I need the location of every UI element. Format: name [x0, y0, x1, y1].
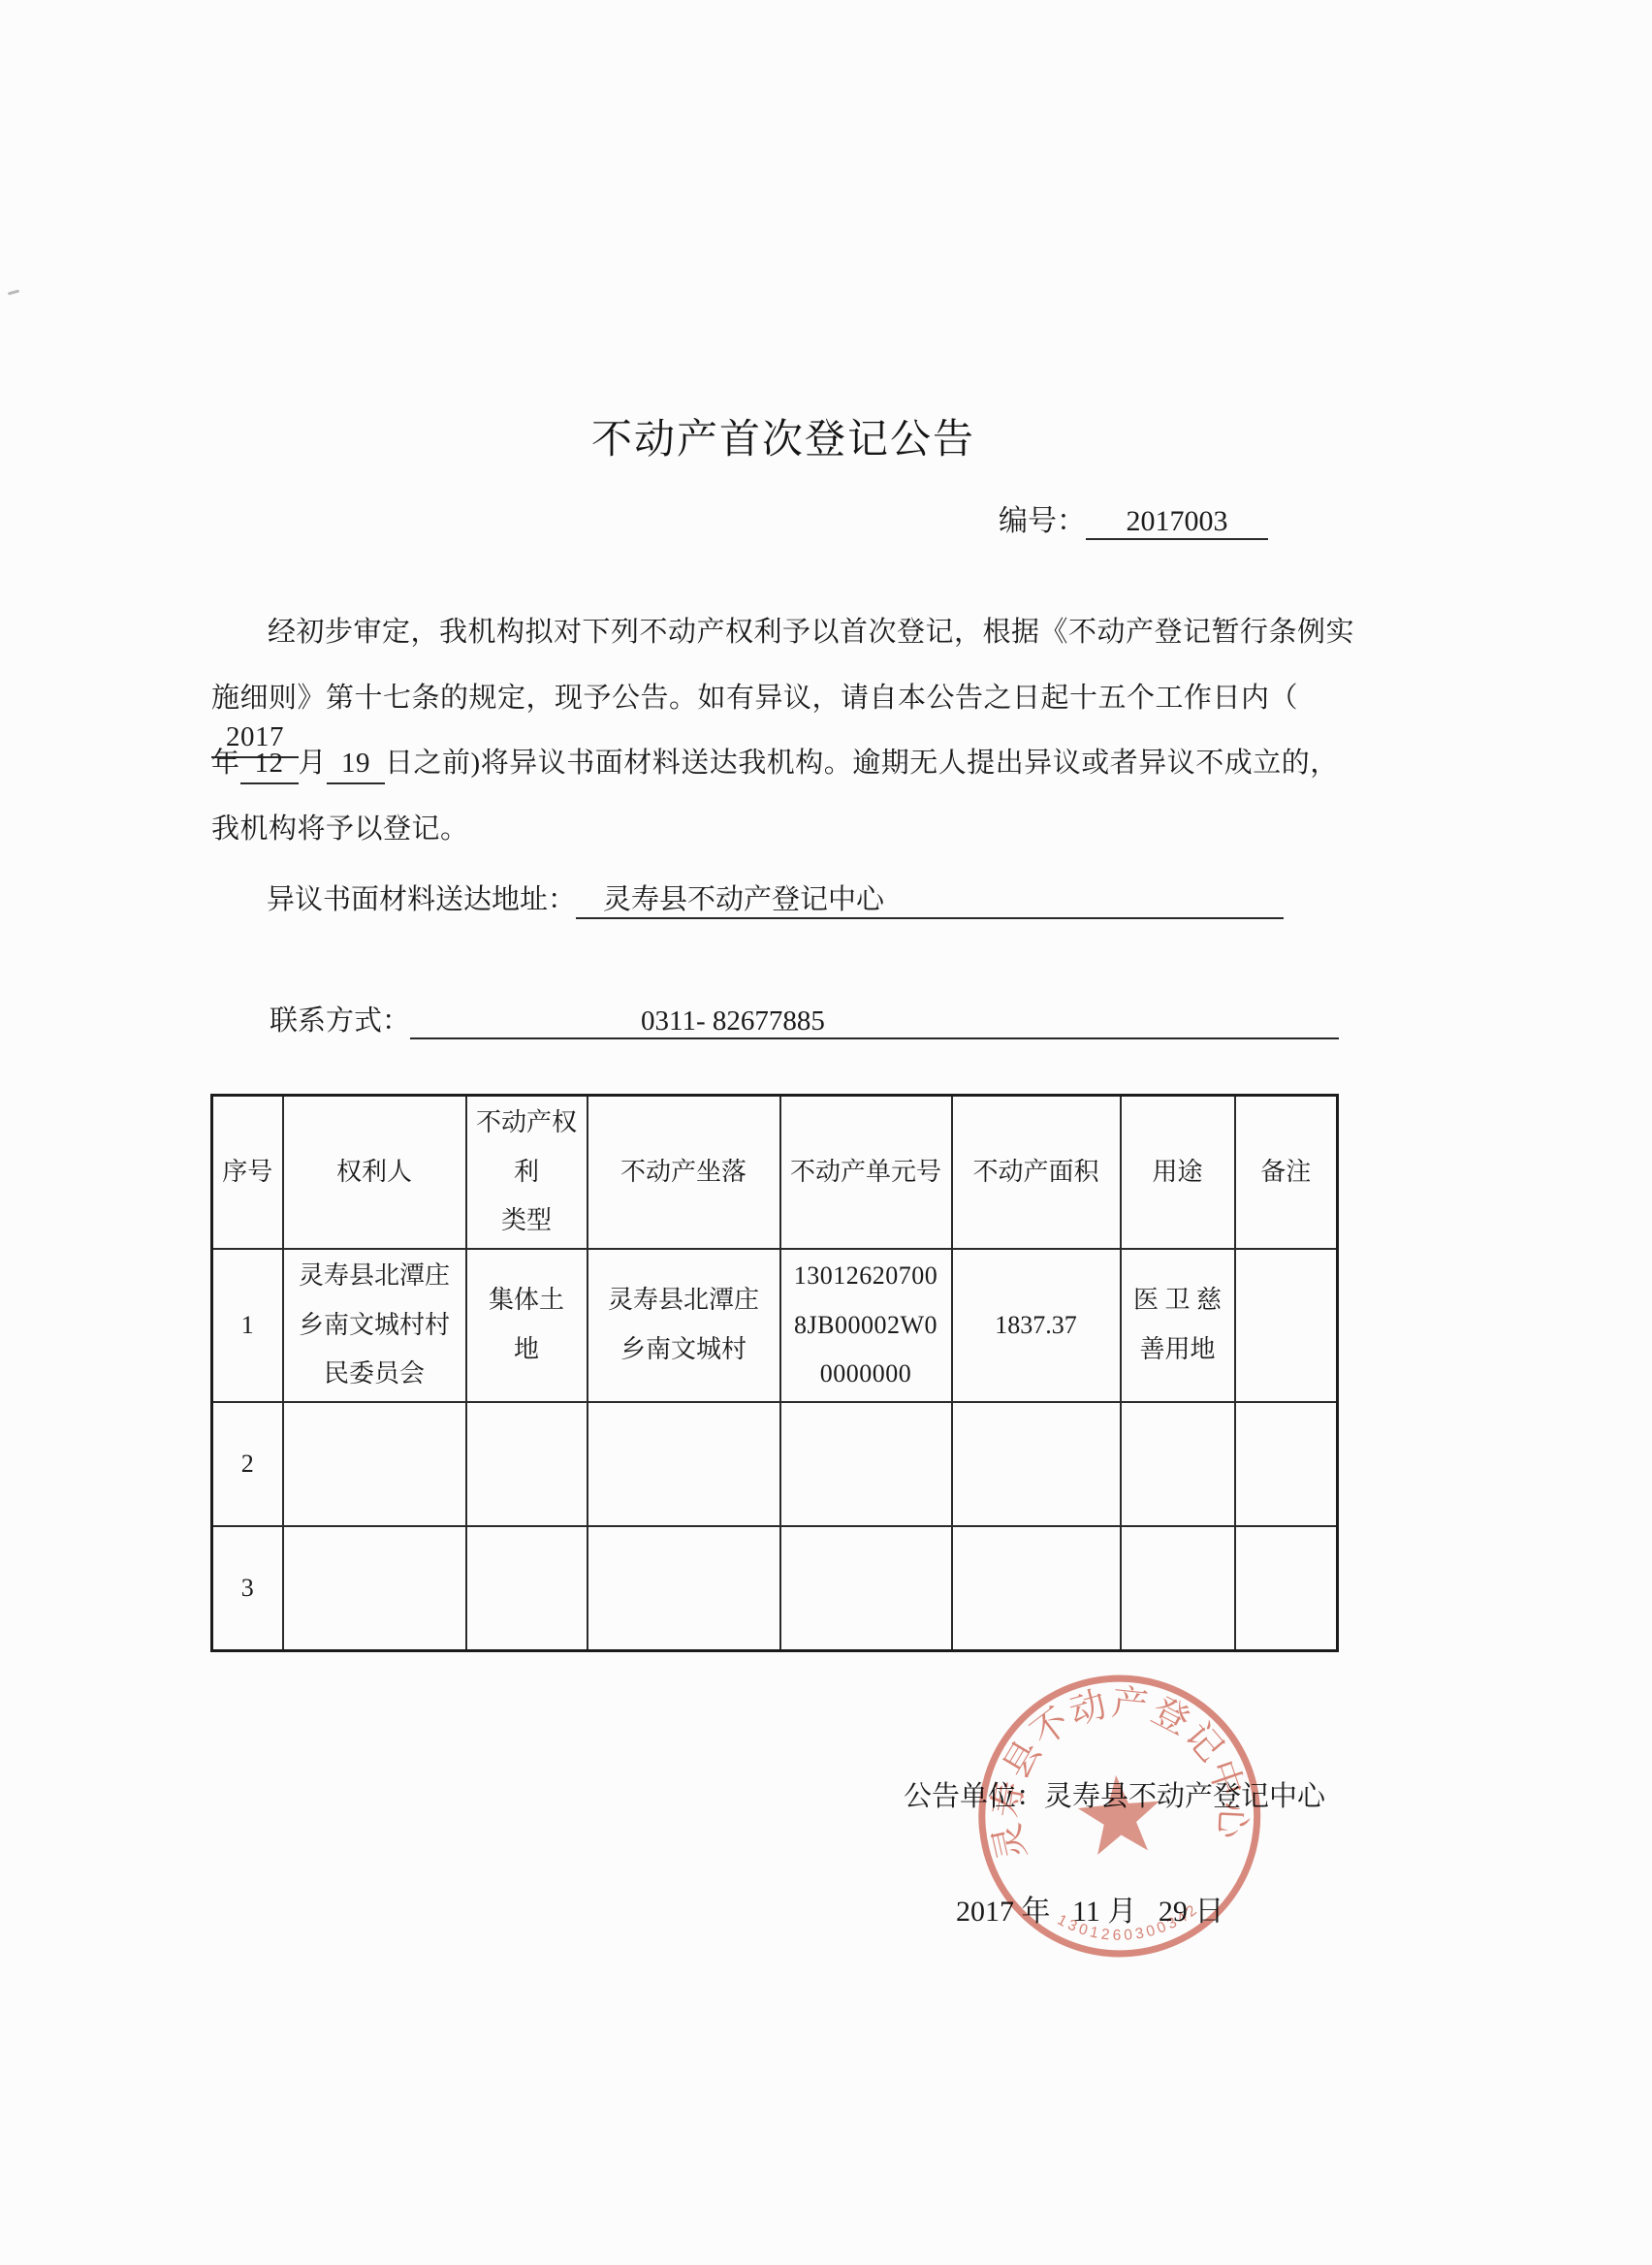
cell-holder — [283, 1402, 466, 1526]
paragraph-text: 月 — [299, 748, 328, 779]
col-header-usage: 用途 — [1121, 1096, 1235, 1250]
objection-address-value: 灵寿县不动产登记中心 — [576, 877, 1284, 919]
paragraph-text: 我机构将予以登记。 — [211, 813, 469, 845]
cell-right-type: 集体土 地 — [466, 1249, 588, 1402]
body-paragraph-line-3: 年12月19日之前)将异议书面材料送达我机构。逾期无人提出异议或者异议不成立的， — [211, 744, 1350, 784]
cell-unit-no — [780, 1402, 952, 1526]
cell-holder — [283, 1526, 466, 1650]
cell-remark — [1235, 1249, 1338, 1402]
cell-location: 灵寿县北潭庄 乡南文城村 — [588, 1249, 780, 1402]
document-number-line: 编号：2017003 — [999, 496, 1268, 573]
page-title: 不动产首次登记公告 — [591, 407, 975, 465]
table-row: 1 灵寿县北潭庄 乡南文城村村 民委员会 集体土 地 灵寿县北潭庄 乡南文城村 … — [212, 1249, 1338, 1402]
cell-seq: 3 — [212, 1526, 283, 1650]
table-row: 2 — [212, 1402, 1338, 1526]
cell-unit-no: 13012620700 8JB00002W0 0000000 — [780, 1249, 952, 1402]
col-header-seq: 序号 — [212, 1096, 283, 1250]
body-paragraph-line-1: 经初步审定，我机构拟对下列不动产权利予以首次登记，根据《不动产登记暂行条例实 — [211, 613, 1407, 652]
document-number-label: 编号： — [999, 505, 1086, 537]
cell-right-type — [466, 1402, 588, 1526]
scanned-announcement-page: 不动产首次登记公告 编号：2017003 经初步审定，我机构拟对下列不动产权利予… — [0, 0, 1652, 2265]
contact-label: 联系方式： — [270, 1005, 410, 1037]
table-header-row: 序号 权利人 不动产权利 类型 不动产坐落 不动产单元号 不动产面积 用途 备注 — [212, 1096, 1338, 1250]
official-seal-stamp: 灵寿县不动产登记中心 1301260300342 — [961, 1657, 1279, 1980]
document-number-value: 2017003 — [1086, 505, 1268, 540]
cell-location — [588, 1526, 780, 1650]
cell-holder: 灵寿县北潭庄 乡南文城村村 民委员会 — [283, 1249, 466, 1402]
cell-seq: 1 — [212, 1249, 283, 1402]
col-header-area: 不动产面积 — [952, 1096, 1121, 1250]
objection-address-line: 异议书面材料送达地址：灵寿县不动产登记中心 — [211, 877, 1284, 919]
cell-location — [588, 1402, 780, 1526]
paragraph-text: 日之前)将异议书面材料送达我机构。逾期无人提出异议或者异议不成立的， — [385, 748, 1339, 779]
cell-remark — [1235, 1402, 1338, 1526]
cell-usage — [1121, 1526, 1235, 1650]
seal-star-icon — [1075, 1771, 1163, 1856]
cell-area — [952, 1526, 1121, 1650]
deadline-day-value: 19 — [327, 744, 385, 784]
cell-usage — [1121, 1402, 1235, 1526]
deadline-month-value: 12 — [240, 744, 299, 784]
cell-unit-no — [780, 1526, 952, 1650]
objection-address-label: 异议书面材料送达地址： — [267, 884, 576, 915]
contact-line: 联系方式：0311- 82677885 — [211, 999, 1339, 1039]
body-paragraph-line-4: 我机构将予以登记。 — [211, 810, 1350, 848]
cell-usage: 医 卫 慈 善用地 — [1121, 1249, 1235, 1402]
col-header-remark: 备注 — [1235, 1096, 1338, 1250]
paragraph-text: 经初步审定，我机构拟对下列不动产权利予以首次登记，根据《不动产登记暂行条例实 — [268, 617, 1354, 648]
cell-remark — [1235, 1526, 1338, 1650]
registration-table: 序号 权利人 不动产权利 类型 不动产坐落 不动产单元号 不动产面积 用途 备注… — [210, 1094, 1339, 1652]
cell-area — [952, 1402, 1121, 1526]
col-header-unit-no: 不动产单元号 — [780, 1096, 952, 1250]
paragraph-text: 施细则》第十七条的规定，现予公告。如有异议，请自本公告之日起十五个工作日内（ — [211, 683, 1298, 714]
cell-seq: 2 — [212, 1402, 283, 1526]
cell-right-type — [466, 1526, 588, 1650]
scan-artifact-dash — [8, 289, 19, 295]
contact-value: 0311- 82677885 — [410, 1005, 1339, 1039]
col-header-location: 不动产坐落 — [588, 1096, 780, 1250]
col-header-holder: 权利人 — [283, 1096, 466, 1250]
paragraph-text: 年 — [211, 748, 240, 779]
col-header-right-type: 不动产权利 类型 — [466, 1096, 588, 1250]
table-row: 3 — [212, 1526, 1338, 1650]
cell-area: 1837.37 — [952, 1249, 1121, 1402]
